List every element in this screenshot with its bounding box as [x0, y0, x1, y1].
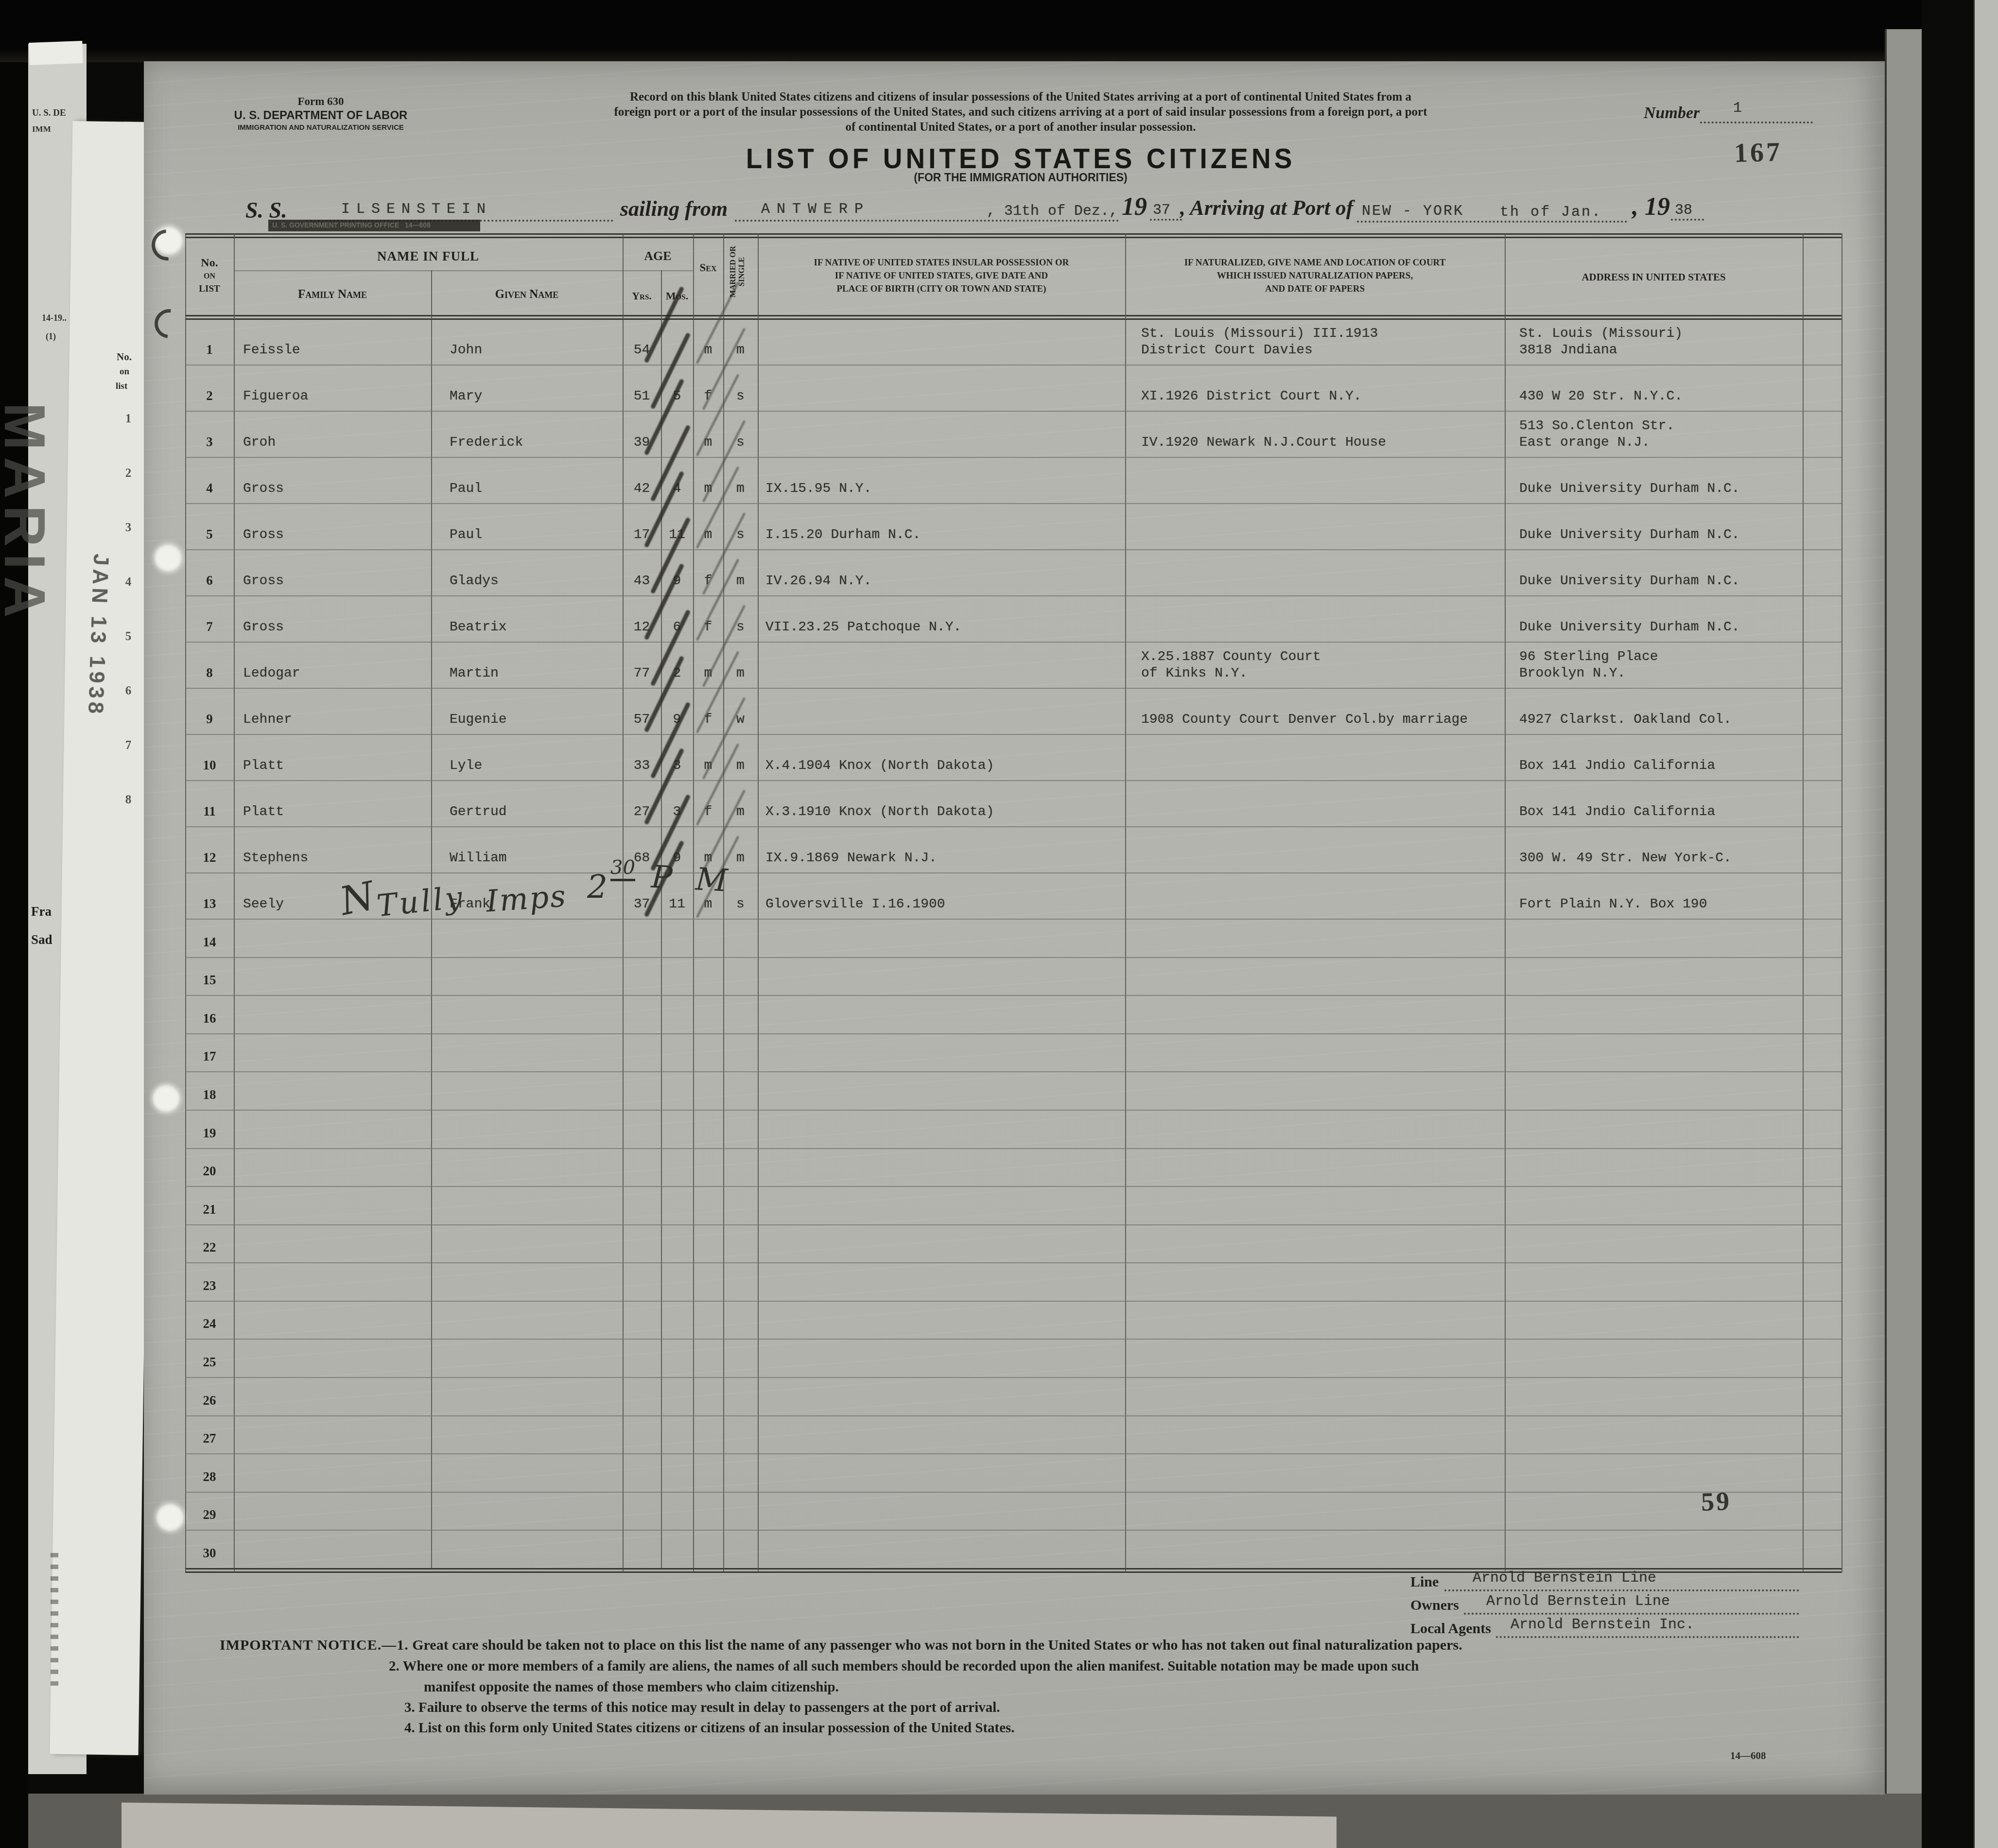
margin-row-number: 7: [119, 739, 138, 752]
row-number: 3: [185, 435, 234, 450]
table-rule: [185, 1377, 1842, 1378]
cell-address-line: Duke University Durham N.C.: [1519, 619, 1740, 636]
cell-given-line: Gertrud: [450, 804, 507, 820]
number-fill-line: [1700, 105, 1813, 123]
sheet-number-stamp: 59: [1701, 1486, 1732, 1517]
cell-sex: m: [693, 342, 723, 359]
number-label: Number: [1644, 104, 1700, 122]
table-column-line: [1803, 233, 1804, 1572]
page-number-stamp: 167: [1734, 137, 1783, 169]
cell-address: 300 W. 49 Str. New York-C.: [1519, 850, 1732, 867]
row-number: 14: [185, 935, 234, 950]
cell-given-line: Eugenie: [450, 712, 507, 728]
margin-row-number: 5: [119, 630, 138, 644]
table-rule: [185, 549, 1842, 550]
cell-address: St. Louis (Missouri)3818 Jndiana: [1519, 326, 1683, 359]
table-rule: [185, 780, 1842, 781]
cell-given-line: Paul: [450, 481, 482, 497]
handwritten-pm: P M: [650, 859, 735, 900]
cell-given-line: Mary: [450, 388, 482, 405]
instruction-line: foreign port or a port of the insular po…: [457, 105, 1584, 119]
cell-birth: IV.26.94 N.Y.: [765, 573, 871, 590]
cell-naturalized-line: 1908 County Court Denver Col.by marriage: [1141, 712, 1468, 728]
table-rule: [185, 1110, 1842, 1111]
margin-row-number: 8: [119, 793, 138, 807]
cell-given: Paul: [450, 481, 482, 497]
cell-given: William: [450, 850, 507, 867]
cell-address-line: St. Louis (Missouri): [1519, 326, 1683, 342]
cell-family: Ledogar: [243, 665, 300, 682]
margin-no-label: No.: [117, 351, 132, 363]
cell-address: Duke University Durham N.C.: [1519, 527, 1740, 543]
cell-naturalized: XI.1926 District Court N.Y.: [1141, 388, 1362, 405]
cell-birth: VII.23.25 Patchoque N.Y.: [765, 619, 961, 636]
cell-sex: f: [693, 619, 723, 636]
handwritten-hour: 2: [587, 868, 608, 906]
cell-family: Gross: [243, 527, 284, 543]
top-black-band: [0, 0, 1998, 62]
cell-sex-line: f: [693, 712, 723, 728]
cell-family-line: Groh: [243, 435, 276, 451]
right-black-band: [1922, 0, 1973, 1848]
cell-given: Lyle: [450, 758, 482, 774]
arrive-date: th of Jan.: [1500, 204, 1602, 221]
table-rule: [185, 1262, 1842, 1263]
table-rule: [185, 734, 1842, 735]
row-number: 2: [185, 388, 234, 403]
row-number: 23: [185, 1278, 234, 1293]
port-to: NEW - YORK: [1362, 203, 1464, 220]
cell-birth-line: X.4.1904 Knox (North Dakota): [765, 758, 994, 774]
table-rule: [185, 315, 1842, 316]
col-header-married-single: MARRIED OR SINGLE: [729, 235, 747, 308]
cell-birth-line: Gloversville I.16.1900: [765, 896, 945, 913]
cell-naturalized: 1908 County Court Denver Col.by marriage: [1141, 712, 1468, 728]
cell-address-line: 3818 Jndiana: [1519, 342, 1683, 359]
cell-given-line: Gladys: [450, 573, 499, 590]
table-rule: [185, 1224, 1842, 1225]
cell-address: Box 141 Jndio California: [1519, 758, 1715, 774]
margin-row-number: 3: [119, 521, 138, 535]
table-rule: [185, 919, 1842, 920]
row-number: 29: [185, 1507, 234, 1522]
cell-address-line: 430 W 20 Str. N.Y.C.: [1519, 388, 1683, 405]
punch-hole: [156, 1504, 184, 1531]
cell-family-line: Gross: [243, 573, 284, 590]
table-rule: [185, 1530, 1842, 1531]
corner-sliver: [29, 41, 83, 65]
notice-line: manifest opposite the names of those mem…: [424, 1679, 839, 1695]
cell-given-line: Beatrix: [450, 619, 507, 636]
margin-stamp-imm: IMM: [32, 124, 51, 134]
instruction-line: of continental United States, or a port …: [457, 121, 1584, 134]
cell-naturalized-line: District Court Davies: [1141, 342, 1378, 359]
agents-value: Arnold Bernstein Inc.: [1511, 1617, 1694, 1633]
cell-address-line: 96 Sterling Place: [1519, 649, 1658, 665]
cell-given: Gladys: [450, 573, 499, 590]
table-rule: [185, 1415, 1842, 1416]
col-header-line: PLACE OF BIRTH (CITY OR TOWN AND STATE): [758, 284, 1125, 295]
cell-address-line: Brooklyn N.Y.: [1519, 665, 1658, 682]
notice-item: Great care should be taken not to place …: [409, 1637, 1462, 1653]
table-rule: [185, 1071, 1842, 1072]
handwritten-maria: MARIA: [0, 402, 57, 625]
handwritten-word: Imps: [485, 878, 568, 919]
sail-date: , 31th of Dez.,: [987, 203, 1118, 220]
cell-family: Groh: [243, 435, 276, 451]
cell-family: Platt: [243, 804, 284, 820]
table-rule: [185, 1453, 1842, 1454]
row-number: 9: [185, 712, 234, 727]
col-header-no-1: No.: [185, 257, 234, 270]
cell-address-line: Box 141 Jndio California: [1519, 758, 1715, 774]
line-value: Arnold Bernstein Line: [1473, 1570, 1656, 1586]
cell-sex-line: f: [693, 619, 723, 636]
cell-address: 513 So.Clenton Str.East orange N.J.: [1519, 418, 1674, 451]
col-header-line: WHICH ISSUED NATURALIZATION PAPERS,: [1125, 271, 1505, 281]
cell-given: Gertrud: [450, 804, 507, 820]
col-header-line: IF NATURALIZED, GIVE NAME AND LOCATION O…: [1125, 258, 1505, 268]
cell-given-line: Paul: [450, 527, 482, 543]
margin-sad-label: Sad: [31, 932, 52, 947]
margin-code-1: 14-19..: [42, 313, 67, 323]
microfilm-dash-column: [51, 1553, 58, 1689]
table-rule: [185, 237, 1842, 238]
cell-given: Mary: [450, 388, 482, 405]
table-column-line: [1505, 233, 1506, 1572]
cell-sex-line: m: [693, 527, 723, 543]
cell-given: Eugenie: [450, 712, 507, 728]
cell-sex-line: m: [693, 435, 723, 451]
col-header-address: ADDRESS IN UNITED STATES: [1505, 271, 1803, 283]
table-rule: [185, 995, 1842, 996]
cell-address-line: 513 So.Clenton Str.: [1519, 418, 1674, 435]
margin-list-label: list: [116, 381, 127, 392]
cell-address: Duke University Durham N.C.: [1519, 481, 1740, 497]
cell-address-line: Duke University Durham N.C.: [1519, 481, 1740, 497]
row-number: 16: [185, 1011, 234, 1026]
table-rule: [185, 688, 1842, 689]
form-number: Form 630: [233, 95, 408, 108]
cell-sex: f: [693, 804, 723, 820]
cell-family-line: Stephens: [243, 850, 308, 867]
table-rule: [185, 1186, 1842, 1187]
cell-address-line: Duke University Durham N.C.: [1519, 573, 1740, 590]
owners-label: Owners: [1410, 1597, 1459, 1614]
row-number: 26: [185, 1393, 234, 1408]
table-rule: [185, 1301, 1842, 1302]
cell-sex-line: m: [693, 896, 723, 913]
cell-birth: IX.9.1869 Newark N.J.: [765, 850, 937, 867]
cell-given-line: William: [450, 850, 507, 867]
paper-texture: [144, 61, 1885, 1795]
row-number: 18: [185, 1087, 234, 1102]
row-number: 25: [185, 1355, 234, 1370]
cell-family-line: Gross: [243, 481, 284, 497]
row-number: 17: [185, 1049, 234, 1064]
cell-birth: X.4.1904 Knox (North Dakota): [765, 758, 994, 774]
col-header-age: AGE: [623, 249, 693, 263]
page-subtitle: (FOR THE IMMIGRATION AUTHORITIES): [457, 171, 1584, 184]
margin-row-number: 6: [119, 684, 138, 698]
ship-name: ILSENSTEIN: [341, 201, 492, 218]
margin-code-2: (1): [46, 331, 56, 342]
table-rule: [234, 270, 693, 271]
notice-line: 4. List on this form only United States …: [404, 1720, 1015, 1736]
cell-given: Frederick: [450, 435, 523, 451]
cell-address: Box 141 Jndio California: [1519, 804, 1715, 820]
cell-birth-line: VII.23.25 Patchoque N.Y.: [765, 619, 961, 636]
cell-birth-line: IX.9.1869 Newark N.J.: [765, 850, 937, 867]
cell-given: Martin: [450, 665, 499, 682]
cell-sex-line: m: [693, 342, 723, 359]
cell-address: 430 W 20 Str. N.Y.C.: [1519, 388, 1683, 405]
cell-given-line: Martin: [450, 665, 499, 682]
arrive-year-typed: 38: [1675, 202, 1692, 219]
cell-address: Fort Plain N.Y. Box 190: [1519, 896, 1707, 913]
table-column-line: [758, 233, 759, 1572]
punch-hole: [155, 544, 182, 572]
table-column-line: [234, 233, 235, 1572]
cell-family-line: Ledogar: [243, 665, 300, 682]
cell-sex-line: f: [693, 804, 723, 820]
margin-row-number: 2: [119, 467, 138, 480]
cell-address: 4927 Clarkst. Oakland Col.: [1519, 712, 1732, 728]
cell-given-line: Frederick: [450, 435, 523, 451]
table-rule: [185, 365, 1842, 366]
line-label: Line: [1410, 1574, 1439, 1590]
notice-line: 2. Where one or more members of a family…: [389, 1658, 1419, 1674]
cell-birth-line: X.3.1910 Knox (North Dakota): [765, 804, 994, 820]
cell-mos-line: 11: [661, 896, 693, 913]
cell-birth: X.3.1910 Knox (North Dakota): [765, 804, 994, 820]
row-number: 19: [185, 1126, 234, 1141]
sail-year-typed: 37: [1153, 202, 1170, 219]
service-name: IMMIGRATION AND NATURALIZATION SERVICE: [209, 123, 433, 132]
col-header-line: IF NATIVE OF UNITED STATES, GIVE DATE AN…: [758, 271, 1125, 281]
cell-naturalized: St. Louis (Missouri) III.1913District Co…: [1141, 326, 1378, 359]
single-line: SINGLE: [738, 235, 747, 308]
col-header-no-3: LIST: [185, 284, 234, 295]
cell-given-line: Lyle: [450, 758, 482, 774]
cell-birth-line: IV.26.94 N.Y.: [765, 573, 871, 590]
cell-naturalized-line: IV.1920 Newark N.J.Court House: [1141, 435, 1386, 451]
col-header-given: Given Name: [431, 288, 623, 301]
cell-sex: m: [693, 896, 723, 913]
cell-mos: 11: [661, 896, 693, 913]
port-from: ANTWERP: [761, 201, 870, 218]
row-number: 20: [185, 1164, 234, 1179]
handwritten-minutes: 30: [610, 856, 635, 881]
cell-sex: m: [693, 435, 723, 451]
cell-sex: f: [693, 712, 723, 728]
col-header-mos: Mos.: [661, 290, 693, 302]
print-code: 14—608: [1730, 1750, 1766, 1762]
arrive-year-printed: , 19: [1632, 192, 1670, 221]
row-number: 8: [185, 665, 234, 680]
cell-birth: I.15.20 Durham N.C.: [765, 527, 921, 543]
col-header-name-in-full: NAME IN FULL: [234, 249, 623, 264]
far-right-strip: [1973, 0, 1998, 1848]
table-rule: [185, 642, 1842, 643]
cell-family-line: Platt: [243, 804, 284, 820]
row-number: 7: [185, 619, 234, 634]
cell-given: Beatrix: [450, 619, 507, 636]
table-column-line: [1842, 233, 1842, 1572]
row-number: 22: [185, 1240, 234, 1255]
col-header-yrs: Yrs.: [623, 290, 661, 302]
local-agents-label: Local Agents: [1410, 1621, 1491, 1637]
cell-family: Figueroa: [243, 388, 308, 405]
table-rule: [185, 957, 1842, 958]
table-column-line: [1125, 233, 1126, 1572]
col-header-line: AND DATE OF PAPERS: [1125, 284, 1505, 295]
cell-naturalized-line: of Kinks N.Y.: [1141, 665, 1321, 682]
table-rule: [185, 1148, 1842, 1149]
cell-given-line: John: [450, 342, 482, 359]
gpo-print-line: U. S. GOVERNMENT PRINTING OFFICE 14—608: [272, 221, 431, 229]
cell-address-line: 300 W. 49 Str. New York-C.: [1519, 850, 1732, 867]
table-rule: [185, 411, 1842, 412]
scanned-manifest-page: U. S. DE IMM 14-19.. (1) No. on list Fra…: [0, 0, 1998, 1848]
arriving-label: , Arriving at Port of: [1180, 195, 1354, 220]
cell-birth-line: IX.15.95 N.Y.: [765, 481, 871, 497]
cell-family-line: Platt: [243, 758, 284, 774]
cell-naturalized-line: St. Louis (Missouri) III.1913: [1141, 326, 1378, 342]
cell-family-line: Lehner: [243, 712, 292, 728]
right-stack-edge: [1885, 29, 1924, 1848]
cell-sex: m: [693, 527, 723, 543]
table-rule: [185, 233, 1842, 235]
cell-family-line: Gross: [243, 619, 284, 636]
cell-naturalized-line: XI.1926 District Court N.Y.: [1141, 388, 1362, 405]
row-number: 11: [185, 804, 234, 819]
margin-stamp-usde: U. S. DE: [32, 108, 66, 119]
row-number: 30: [185, 1546, 234, 1561]
notice-line: IMPORTANT NOTICE.—1. Great care should b…: [220, 1637, 1462, 1654]
col-header-family: Family Name: [234, 288, 431, 301]
page-title: LIST OF UNITED STATES CITIZENS: [457, 142, 1584, 175]
row-number: 5: [185, 527, 234, 542]
table-rule: [185, 457, 1842, 458]
cell-address-line: Fort Plain N.Y. Box 190: [1519, 896, 1707, 913]
row-number: 15: [185, 973, 234, 988]
cell-family-line: Gross: [243, 527, 284, 543]
margin-fra-label: Fra: [31, 904, 52, 919]
margin-row-number: 1: [119, 412, 138, 426]
cell-address: Duke University Durham N.C.: [1519, 573, 1740, 590]
table-rule: [185, 503, 1842, 504]
cell-family: Stephens: [243, 850, 308, 867]
col-header-line: IF NATIVE OF UNITED STATES INSULAR POSSE…: [758, 258, 1125, 268]
sail-year-printed: 19: [1122, 192, 1147, 221]
table-rule: [185, 1492, 1842, 1493]
punch-hole: [153, 1085, 180, 1112]
row-number: 4: [185, 481, 234, 496]
cell-given: Paul: [450, 527, 482, 543]
row-number: 6: [185, 573, 234, 588]
cell-address: 96 Sterling PlaceBrooklyn N.Y.: [1519, 649, 1658, 682]
table-rule: [185, 595, 1842, 596]
cell-address-line: 4927 Clarkst. Oakland Col.: [1519, 712, 1732, 728]
table-rule: [185, 1033, 1842, 1034]
cell-birth: IX.15.95 N.Y.: [765, 481, 871, 497]
cell-family: Gross: [243, 573, 284, 590]
cell-naturalized-line: X.25.1887 County Court: [1141, 649, 1321, 665]
cell-family: Gross: [243, 481, 284, 497]
owners-value: Arnold Bernstein Line: [1486, 1593, 1670, 1610]
cell-address-line: Duke University Durham N.C.: [1519, 527, 1740, 543]
cell-address-line: Box 141 Jndio California: [1519, 804, 1715, 820]
department-name: U. S. DEPARTMENT OF LABOR: [209, 109, 433, 122]
table-rule: [185, 318, 1842, 320]
cell-birth: Gloversville I.16.1900: [765, 896, 945, 913]
col-header-sex: Sex: [693, 262, 723, 274]
cell-family: Gross: [243, 619, 284, 636]
margin-on-label: on: [120, 366, 129, 377]
cell-family-line: Seely: [243, 896, 284, 913]
table-rule: [185, 1339, 1842, 1340]
cell-family-line: Feissle: [243, 342, 300, 359]
row-number: 21: [185, 1202, 234, 1217]
table-rule: [185, 1568, 1842, 1569]
cell-naturalized: IV.1920 Newark N.J.Court House: [1141, 435, 1386, 451]
row-number: 13: [185, 896, 234, 911]
margin-row-number: 4: [119, 575, 138, 589]
notice-line: 3. Failure to observe the terms of this …: [404, 1700, 1000, 1716]
cell-address: Duke University Durham N.C.: [1519, 619, 1740, 636]
sailing-from-label: sailing from: [620, 196, 728, 221]
row-number: 28: [185, 1469, 234, 1484]
cell-naturalized: X.25.1887 County Courtof Kinks N.Y.: [1141, 649, 1321, 682]
table-rule: [185, 872, 1842, 873]
cell-family-line: Figueroa: [243, 388, 308, 405]
notice-lead: IMPORTANT NOTICE.—1.: [220, 1637, 409, 1653]
col-header-no-2: ON: [185, 272, 234, 281]
row-number: 24: [185, 1316, 234, 1331]
cell-family: Lehner: [243, 712, 292, 728]
left-black-edge: [0, 0, 28, 1848]
table-rule: [185, 826, 1842, 827]
cell-family: Seely: [243, 896, 284, 913]
cell-birth-line: I.15.20 Durham N.C.: [765, 527, 921, 543]
row-number: 1: [185, 342, 234, 357]
cell-family: Feissle: [243, 342, 300, 359]
married-or-line: MARRIED OR: [729, 235, 738, 308]
row-number: 27: [185, 1431, 234, 1446]
instruction-line: Record on this blank United States citiz…: [457, 90, 1584, 104]
cell-family: Platt: [243, 758, 284, 774]
cell-address-line: East orange N.J.: [1519, 435, 1674, 451]
row-number: 10: [185, 758, 234, 773]
cell-given: John: [450, 342, 482, 359]
row-number: 12: [185, 850, 234, 865]
number-value: 1: [1733, 100, 1742, 117]
